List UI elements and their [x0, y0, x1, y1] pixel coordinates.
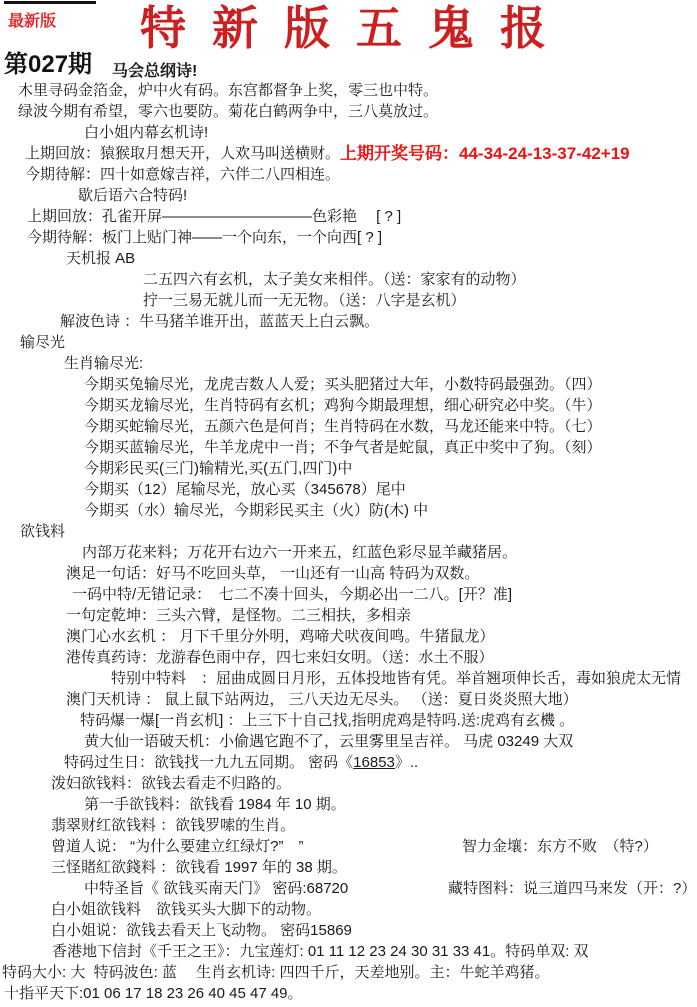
text-segment: 澳门天机诗 ： 鼠上鼠下站两边， 三八天边无尽头。 （送：夏日炎炎照大地） — [66, 691, 578, 708]
text-segment: 木里寻码金箔金，炉中火有码。东宫都督争上奖，零三也中特。 — [18, 82, 438, 99]
text-line: 生肖输尽光: — [0, 353, 697, 374]
text-segment: 十指平天下:01 06 17 18 23 26 40 45 47 49。 — [4, 985, 303, 1002]
text-line: 拧一三易无就儿而一无无物。（送：八字是玄机） — [0, 290, 697, 311]
top-border-line — [4, 1, 96, 4]
text-segment: 香港地下信封《千王之王》：九宝莲灯: 01 11 12 23 24 30 31 … — [52, 943, 589, 960]
text-line: 天机报 AB — [0, 248, 697, 269]
right-column-text: 智力金壤：东方不败 （特?） — [462, 836, 658, 857]
text-segment: 翡翠财红欲钱料 ：欲钱罗嗦的生肖。 — [51, 817, 295, 834]
text-line: 澳足一句话：好马不吃回头草， 一山还有一山高 特码为双数。 — [0, 563, 697, 584]
text-line: 内部万花来料；万花开右边六一开来五，红蓝色彩尽显羊藏猪居。 — [0, 542, 697, 563]
text-segment: 内部万花来料；万花开右边六一开来五，红蓝色彩尽显羊藏猪居。 — [82, 544, 517, 561]
text-line: 第一手欲钱料：欲钱看 1984 年 10 期。 — [0, 794, 697, 815]
text-segment: 生肖输尽光: — [64, 355, 143, 372]
text-line: 今期彩民买(三门)输精光,买(五门,四门)中 — [0, 458, 697, 479]
text-line: 输尽光 — [0, 332, 697, 353]
tip-sheet-page: 最新版 特新版五鬼报 第027期 马会总纲诗! 木里寻码金箔金，炉中火有码。东宫… — [0, 0, 697, 1007]
text-segment: 上期回放：孔雀开屏——————————色彩艳 [ ? ] — [27, 208, 401, 225]
text-segment: 白小姐内幕玄机诗! — [84, 124, 208, 141]
text-segment: 中特圣旨《 欲钱买南天门》 密码:68720 — [84, 880, 348, 897]
text-segment: 解波色诗 ：牛马猪羊谁开出，蓝蓝天上白云飘。 — [60, 313, 379, 330]
text-segment: 今期买龙输尽光，生肖特码有玄机；鸡狗今期最理想，细心研究必中奖。（牛） — [84, 397, 602, 414]
text-segment: 特码大小: 大 特码波色: 蓝 生肖玄机诗: 四四千斤，天差地别。主：牛蛇羊鸡猪… — [2, 964, 550, 981]
issue-number: 第027期 — [4, 44, 92, 79]
text-segment: 歇后语六合特码! — [78, 187, 187, 204]
text-line: 白小姐欲钱料 欲钱买头大脚下的动物。 — [0, 899, 697, 920]
text-line: 香港地下信封《千王之王》：九宝莲灯: 01 11 12 23 24 30 31 … — [0, 941, 697, 962]
text-line: 今期买（水）输尽光，今期彩民买主（火）防(木) 中 — [0, 500, 697, 521]
text-line: 泼妇欲钱料：欲钱去看走不归路的。 — [0, 773, 697, 794]
text-line: 欲钱料 — [0, 521, 697, 542]
text-line: 澳门天机诗 ： 鼠上鼠下站两边， 三八天边无尽头。 （送：夏日炎炎照大地） — [0, 689, 697, 710]
text-segment: 二五四六有玄机，太子美女来相伴。（送：家家有的动物） — [143, 271, 526, 288]
text-line: 今期买龙输尽光，生肖特码有玄机；鸡狗今期最理想，细心研究必中奖。（牛） — [0, 395, 697, 416]
text-line: 绿波今期有希望，零六也要防。菊花白鹤两争中，三八莫放过。 — [0, 101, 697, 122]
text-line: 翡翠财红欲钱料 ：欲钱罗嗦的生肖。 — [0, 815, 697, 836]
text-segment: 曾道人说： “为什么要建立红绿灯?” ” — [51, 838, 304, 855]
text-segment: 黄大仙一语破天机：小偷遇它跑不了，云里雾里呈吉祥。 马虎 03249 大双 — [84, 733, 573, 750]
text-line: 一句定乾坤：三头六臂，是怪物。二三相扶，多相亲 — [0, 605, 697, 626]
text-segment: 今期待解：四十如意嫁吉祥，六伴二八四相连。 — [25, 166, 340, 183]
prev-draw-numbers: 上期开奖号码：44-34-24-13-37-42+19 — [340, 144, 630, 163]
edition-label: 最新版 — [8, 8, 56, 31]
text-line: 今期买兔输尽光，龙虎吉数人人爱；买头肥猪过大年，小数特码最强劲。（四） — [0, 374, 697, 395]
text-line: 上期回放：孔雀开屏——————————色彩艳 [ ? ] — [0, 206, 697, 227]
text-line: 一码中特/无错记录： 七二不凑十回头，今期必出一二八。[开？准] — [0, 584, 697, 605]
text-line: 特别中特料 ：屈曲成圆日月形，五体投地皆有凭。举首翘项伸长舌，毒如狼虎太无情 — [0, 668, 697, 689]
text-segment: 港传真药诗：龙游春色雨中存，四七来妇女明。（送：水土不服） — [66, 649, 494, 666]
text-line: 澳门心水玄机 ： 月下千里分外明，鸡啼犬吠夜间鸣。牛猪鼠龙） — [0, 626, 697, 647]
text-line: 特码爆一爆[一肖玄机] ：上三下十自己找,指明虎鸡是特吗.送:虎鸡有玄機 。 — [0, 710, 697, 731]
page-title: 特新版五鬼报 — [140, 0, 572, 58]
text-segment: 三怪賭紅欲錢料 ：欲钱看 1997 年的 38 期。 — [51, 859, 347, 876]
text-segment: 今期买蓝输尽光，牛羊龙虎中一肖；不争气者是蛇鼠，真正中奖中了狗。（刻） — [84, 439, 602, 456]
text-line: 黄大仙一语破天机：小偷遇它跑不了，云里雾里呈吉祥。 马虎 03249 大双 — [0, 731, 697, 752]
text-line: 今期待解：板门上贴门神——一个向东，一个向西[ ? ] — [0, 227, 697, 248]
text-segment: 第一手欲钱料：欲钱看 1984 年 10 期。 — [84, 796, 346, 813]
text-line: 今期待解：四十如意嫁吉祥，六伴二八四相连。 — [0, 164, 697, 185]
text-line: 白小姐内幕玄机诗! — [0, 122, 697, 143]
text-segment: 16853 — [353, 754, 395, 771]
text-segment: 绿波今期有希望，零六也要防。菊花白鹤两争中，三八莫放过。 — [18, 103, 438, 120]
text-segment: 今期买兔输尽光，龙虎吉数人人爱；买头肥猪过大年，小数特码最强劲。（四） — [84, 376, 602, 393]
text-segment: 特码过生日：欲钱找一九九五同期。 密码《 — [64, 754, 353, 771]
text-line: 木里寻码金箔金，炉中火有码。东宫都督争上奖，零三也中特。 — [0, 80, 697, 101]
intro-label: 马会总纲诗! — [112, 58, 197, 81]
text-line: 解波色诗 ：牛马猪羊谁开出，蓝蓝天上白云飘。 — [0, 311, 697, 332]
text-segment: 》.. — [395, 754, 418, 771]
text-line: 今期买（12）尾输尽光，放心买（345678）尾中 — [0, 479, 697, 500]
text-segment: 欲钱料 — [20, 523, 65, 540]
text-line: 特码大小: 大 特码波色: 蓝 生肖玄机诗: 四四千斤，天差地别。主：牛蛇羊鸡猪… — [0, 962, 697, 983]
text-segment: 一码中特/无错记录： 七二不凑十回头，今期必出一二八。[开？准] — [72, 586, 512, 603]
text-line: 白小姐说：欲钱去看天上飞动物。 密码15869 — [0, 920, 697, 941]
right-column-text: 藏特图料：说三道四马来发（开：?） — [448, 878, 696, 899]
text-line: 十指平天下:01 06 17 18 23 26 40 45 47 49。 — [0, 983, 697, 1004]
text-segment: 上期回放：猿猴取月想天开，人欢马叫送横财。 — [25, 145, 340, 162]
text-segment: 澳足一句话：好马不吃回头草， 一山还有一山高 特码为双数。 — [66, 565, 479, 582]
text-line: 曾道人说： “为什么要建立红绿灯?” ”智力金壤：东方不败 （特?） — [0, 836, 697, 857]
text-segment: 白小姐欲钱料 欲钱买头大脚下的动物。 — [51, 901, 321, 918]
text-line: 三怪賭紅欲錢料 ：欲钱看 1997 年的 38 期。 — [0, 857, 697, 878]
text-segment: 天机报 AB — [66, 250, 135, 267]
text-line: 上期回放：猿猴取月想天开，人欢马叫送横财。上期开奖号码：44-34-24-13-… — [0, 143, 697, 164]
text-line: 今期买蛇输尽光，五颜六色是何肖；生肖特码在水数，马龙还能来中特。（七） — [0, 416, 697, 437]
text-segment: 特码爆一爆[一肖玄机] ：上三下十自己找,指明虎鸡是特吗.送:虎鸡有玄機 。 — [80, 712, 574, 729]
text-line: 港传真药诗：龙游春色雨中存，四七来妇女明。（送：水土不服） — [0, 647, 697, 668]
text-segment: 澳门心水玄机 ： 月下千里分外明，鸡啼犬吠夜间鸣。牛猪鼠龙） — [66, 628, 494, 645]
text-line: 特码过生日：欲钱找一九九五同期。 密码《16853》.. — [0, 752, 697, 773]
text-segment: 泼妇欲钱料：欲钱去看走不归路的。 — [51, 775, 291, 792]
text-segment: 白小姐说：欲钱去看天上飞动物。 密码15869 — [51, 922, 352, 939]
text-segment: 今期买蛇输尽光，五颜六色是何肖；生肖特码在水数，马龙还能来中特。（七） — [84, 418, 602, 435]
text-line: 二五四六有玄机，太子美女来相伴。（送：家家有的动物） — [0, 269, 697, 290]
text-line: 中特圣旨《 欲钱买南天门》 密码:68720藏特图料：说三道四马来发（开：?） — [0, 878, 697, 899]
text-line: 今期买蓝输尽光，牛羊龙虎中一肖；不争气者是蛇鼠，真正中奖中了狗。（刻） — [0, 437, 697, 458]
text-segment: 今期买（水）输尽光，今期彩民买主（火）防(木) 中 — [84, 502, 428, 519]
text-line: 歇后语六合特码! — [0, 185, 697, 206]
text-segment: 今期买（12）尾输尽光，放心买（345678）尾中 — [84, 481, 406, 498]
text-segment: 拧一三易无就儿而一无无物。（送：八字是玄机） — [143, 292, 466, 309]
text-segment: 一句定乾坤：三头六臂，是怪物。二三相扶，多相亲 — [66, 607, 411, 624]
text-segment: 今期彩民买(三门)输精光,买(五门,四门)中 — [84, 460, 352, 477]
body-lines: 木里寻码金箔金，炉中火有码。东宫都督争上奖，零三也中特。绿波今期有希望，零六也要… — [0, 80, 697, 1004]
text-segment: 特别中特料 ：屈曲成圆日月形，五体投地皆有凭。举首翘项伸长舌，毒如狼虎太无情 — [111, 670, 681, 687]
text-segment: 输尽光 — [20, 334, 65, 351]
text-segment: 今期待解：板门上贴门神——一个向东，一个向西[ ? ] — [27, 229, 382, 246]
